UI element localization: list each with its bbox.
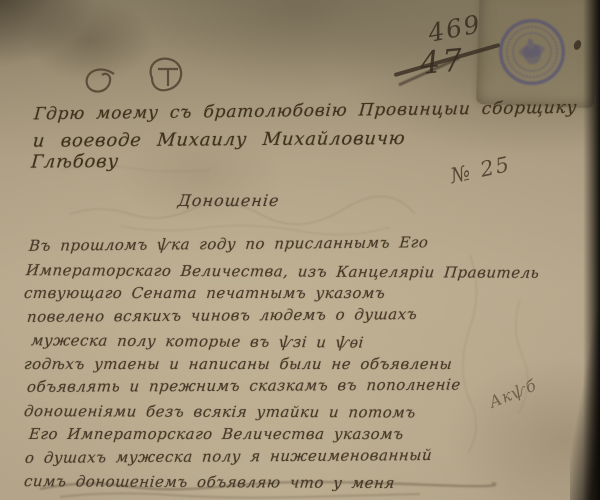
- seal-icon: [493, 13, 571, 91]
- loop-flourish-icon: [80, 66, 122, 104]
- crowned-t-flourish-icon: [142, 56, 190, 102]
- body-line: Въ прошломъ ѱка году по присланнымъ Его: [0, 230, 600, 259]
- body-line: повелено всякихъ чиновъ людемъ о душахъ: [0, 301, 600, 329]
- body-text: Въ прошломъ ѱка году по присланнымъ Его …: [0, 235, 600, 494]
- address-line-2: и воеводе Михаилу Михайловичю Глѣбову: [30, 127, 503, 172]
- manuscript-page-photo: 469 47 Гдрю моему съ братолюбовію Провин…: [0, 0, 600, 500]
- body-line: симъ доношеніемъ объявляю что у меня: [0, 470, 600, 497]
- round-ink-seal-stamp: [493, 13, 571, 91]
- document-heading: Доношеніе: [177, 191, 281, 210]
- page-edge-shadow-bottom: [570, 310, 600, 500]
- body-line: о душахъ мужеска полу я нижеименованный: [0, 442, 600, 470]
